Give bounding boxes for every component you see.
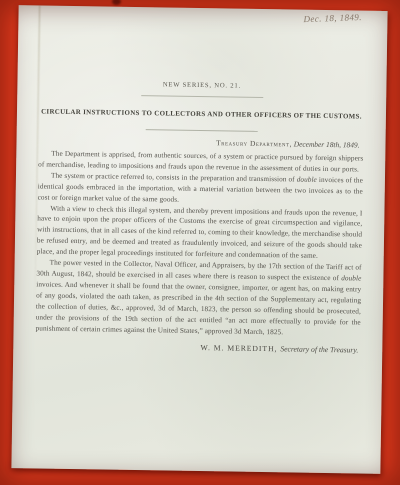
title-divider — [145, 129, 257, 132]
paragraph: The system or practice referred to, cons… — [38, 170, 363, 208]
paragraph: With a view to check this illegal system… — [37, 203, 363, 263]
paragraph-text: invoices. And whenever it shall be found… — [36, 280, 362, 336]
paragraph-text: The power vested in the Collector, Naval… — [36, 259, 361, 282]
dateline-department: Treasury Department, — [216, 138, 292, 148]
dateline: Treasury Department, December 18th, 1849… — [38, 135, 363, 149]
paragraph-text: The Department is apprised, from authent… — [38, 150, 363, 174]
document-content: NEW SERIES, NO. 21. CIRCULAR INSTRUCTION… — [11, 5, 387, 474]
emphasized-text: double — [297, 175, 317, 183]
signature-name: W. M. MEREDITH, — [200, 343, 280, 353]
series-divider — [141, 95, 263, 98]
series-line: NEW SERIES, NO. 21. — [39, 79, 364, 91]
emphasized-text: double — [341, 274, 361, 282]
paragraph-text: The system or practice referred to, cons… — [51, 171, 297, 183]
paragraph: The power vested in the Collector, Naval… — [35, 258, 361, 339]
document-title: CIRCULAR INSTRUCTIONS TO COLLECTORS AND … — [39, 108, 364, 120]
signature-line: W. M. MEREDITH, Secretary of the Treasur… — [35, 341, 360, 355]
paragraph-text: With a view to check this illegal system… — [37, 204, 363, 260]
document-page: Dec. 18, 1849. NEW SERIES, NO. 21. CIRCU… — [11, 5, 387, 474]
photo-blemish — [112, 0, 121, 5]
photo-background: Dec. 18, 1849. NEW SERIES, NO. 21. CIRCU… — [0, 0, 400, 485]
dateline-date: December 18th, 1849. — [292, 139, 360, 149]
signature-title: Secretary of the Treasury. — [280, 345, 358, 355]
document-body: The Department is apprised, from authent… — [35, 148, 363, 338]
